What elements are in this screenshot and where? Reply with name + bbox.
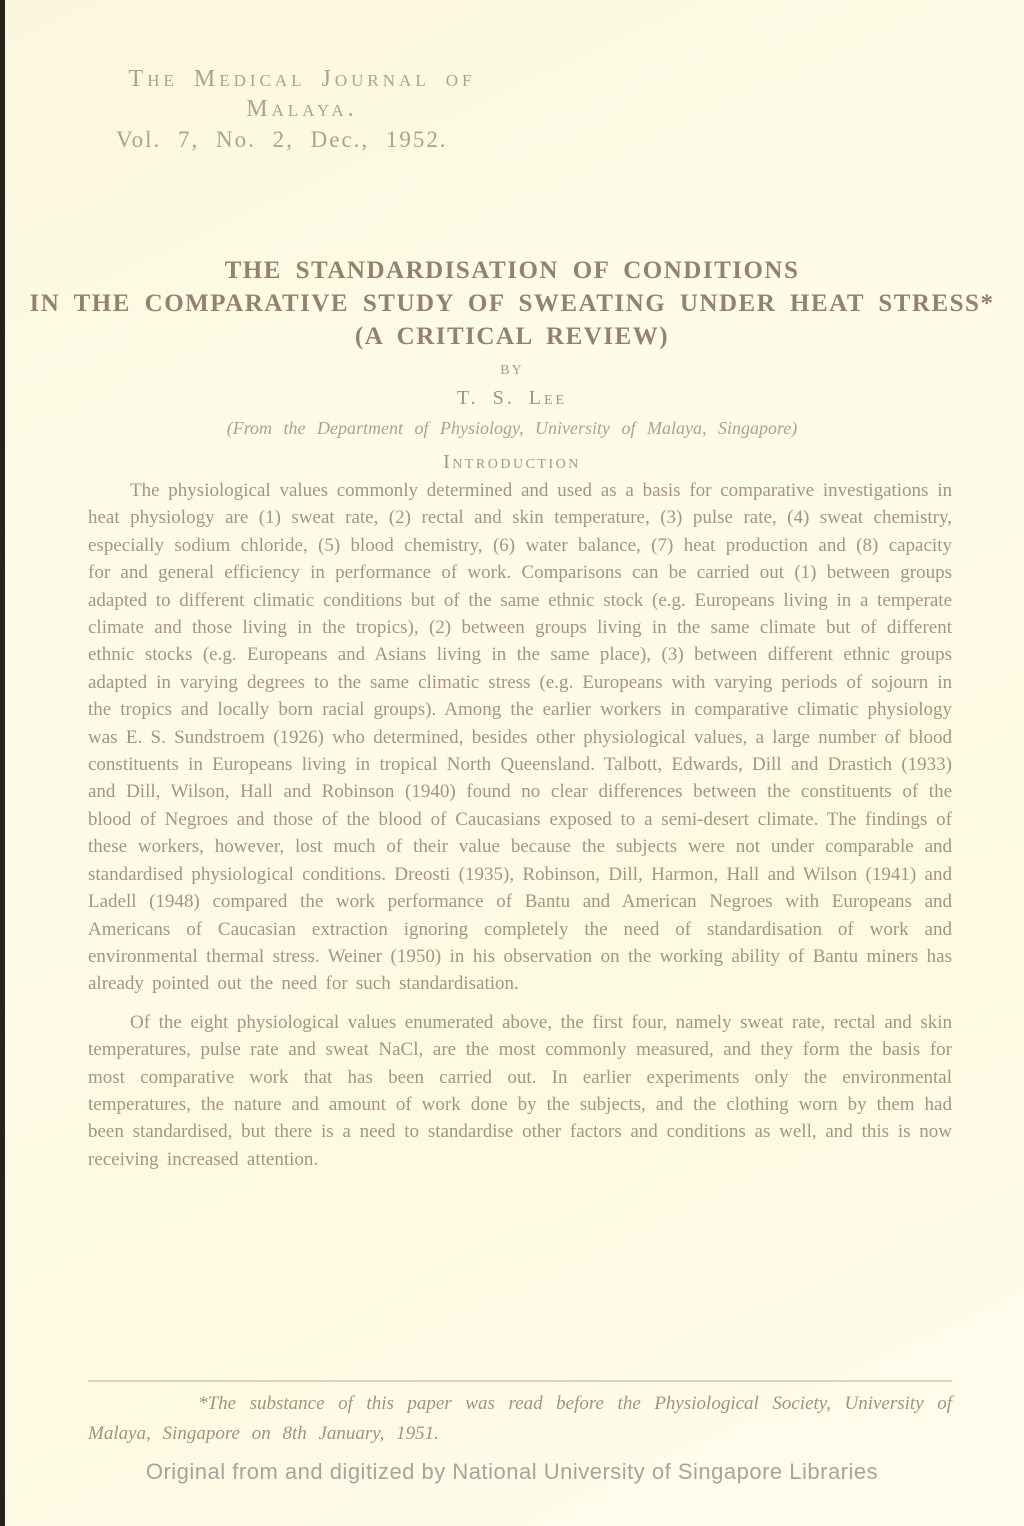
article-header: THE STANDARDISATION OF CONDITIONS IN THE… bbox=[0, 258, 1024, 474]
footnote-divider bbox=[88, 1380, 952, 1382]
article-title-line1: THE STANDARDISATION OF CONDITIONS bbox=[0, 258, 1024, 283]
issue-info: Vol. 7, No. 2, Dec., 1952. bbox=[110, 127, 494, 153]
article-title-line2: IN THE COMPARATIVE STUDY OF SWEATING UND… bbox=[0, 291, 1024, 316]
journal-name-line2: Malaya. bbox=[110, 94, 494, 124]
article-body: The physiological values commonly determ… bbox=[88, 477, 952, 1173]
article-title-line3: (A CRITICAL REVIEW) bbox=[0, 324, 1024, 349]
scan-edge-strip bbox=[0, 0, 5, 1526]
footnote-text: *The substance of this paper was read be… bbox=[88, 1389, 952, 1449]
byline-label: BY bbox=[0, 363, 1024, 379]
digitization-credit: Original from and digitized by National … bbox=[0, 1459, 1024, 1485]
journal-name-line1: The Medical Journal of bbox=[110, 64, 494, 94]
body-paragraph-1: The physiological values commonly determ… bbox=[88, 477, 952, 998]
masthead: The Medical Journal of Malaya. Vol. 7, N… bbox=[110, 64, 494, 153]
body-paragraph-2: Of the eight physiological values enumer… bbox=[88, 1009, 952, 1173]
section-heading-introduction: Introduction bbox=[0, 451, 1024, 474]
scanned-journal-page: The Medical Journal of Malaya. Vol. 7, N… bbox=[0, 0, 1024, 1526]
author-name: T. S. Lee bbox=[0, 387, 1024, 410]
author-affiliation: (From the Department of Physiology, Univ… bbox=[0, 418, 1024, 439]
